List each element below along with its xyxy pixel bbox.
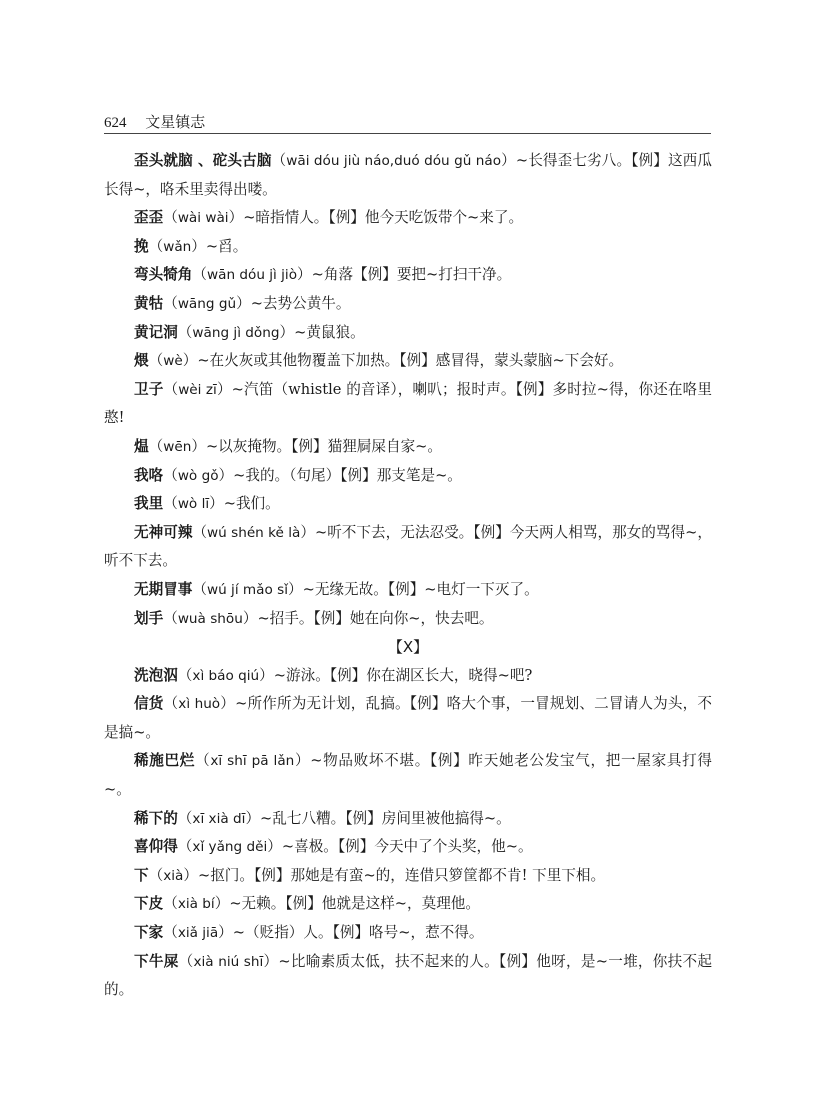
dictionary-entry: 黄记洞（wāng jì dǒng）~黄鼠狼。 [104, 319, 712, 348]
entry-pinyin: xiǎ jiā [178, 925, 218, 941]
entry-pinyin: wú jí mǎo sǐ [207, 582, 288, 598]
page-number: 624 [104, 114, 127, 132]
entry-headword: 划手 [134, 610, 163, 627]
dictionary-entry: 歪头就脑 、砣头古脑（wāi dóu jiù náo,duó dóu gǔ ná… [104, 147, 712, 204]
entry-headword: 歪头就脑 、砣头古脑 [134, 152, 272, 169]
entry-headword: 黄记洞 [134, 324, 178, 341]
page-header: 624 文星镇志 [104, 113, 711, 134]
entry-pinyin: wè [163, 353, 182, 369]
entry-pinyin: xī shī pā lǎn [210, 753, 294, 769]
entry-headword: 煨 [134, 352, 149, 369]
dictionary-entry: 稀下的（xī xià dī）~乱七八糟。【例】房间里被他搞得~。 [104, 805, 712, 834]
dictionary-entry: 歪歪（wài wài）~暗指情人。【例】他今天吃饭带个~来了。 [104, 204, 712, 233]
entry-pinyin: xǐ yǎng děi [192, 839, 267, 855]
dictionary-entry: 黄牯（wāng gǔ）~去势公黄牛。 [104, 290, 712, 319]
entry-headword: 我咯 [134, 467, 163, 484]
dictionary-entry: 喜仰得（xǐ yǎng děi）~喜极。【例】今天中了个头奖，他~。 [104, 833, 712, 862]
entry-definition: ~角落【例】要把~打扫干净。 [312, 266, 512, 283]
entry-headword: 稀施巴烂 [134, 752, 195, 769]
entry-pinyin: wuà shōu [178, 611, 243, 627]
entry-definition: ~抠门。【例】那她是有蛮~的，连借只箩筐都不肯! 下里下相。 [198, 867, 605, 884]
dictionary-entry: 下牛屎（xià niú shī）~比喻素质太低，扶不起来的人。【例】他呀，是~一… [104, 948, 712, 1005]
entry-pinyin: wò gǒ [178, 468, 219, 484]
entry-pinyin: wāi dóu jiù náo,duó dóu gǔ náo [286, 153, 501, 169]
entry-pinyin: xià bí [178, 896, 215, 912]
entry-definition: ~以灰掩物。【例】猫狸屙屎自家~。 [206, 438, 442, 455]
entry-headword: 喜仰得 [134, 838, 178, 855]
dictionary-entry: 划手（wuà shōu）~招手。【例】她在向你~，快去吧。 [104, 605, 712, 634]
entry-definition: ~舀。 [206, 238, 247, 255]
dictionary-entry: 信货（xì huò）~所作所为无计划，乱搞。【例】咯大个事，一冒规划、二冒请人为… [104, 690, 712, 747]
entry-pinyin: wèi zī [178, 382, 217, 398]
dictionary-entry: 下家（xiǎ jiā）~（贬指）人。【例】咯号~，惹不得。 [104, 919, 712, 948]
entry-definition: ~我的。（句尾）【例】那支笔是~。 [233, 467, 462, 484]
dictionary-entry: 卫子（wèi zī）~汽笛（whistle 的音译），喇叭；报时声。【例】多时拉… [104, 376, 712, 433]
entry-pinyin: xià [163, 868, 183, 884]
entry-definition: ~无缘无故。【例】~电灯一下灭了。 [303, 581, 539, 598]
entry-definition: ~在火灰或其他物覆盖下加热。【例】感冒得，蒙头蒙脑~下会好。 [197, 352, 623, 369]
dictionary-entry: 弯头犄角（wān dóu jì jiò）~角落【例】要把~打扫干净。 [104, 261, 712, 290]
dictionary-entry: 稀施巴烂（xī shī pā lǎn）~物品败坏不堪。【例】昨天她老公发宝气，把… [104, 747, 712, 804]
dictionary-entry: 煨（wè）~在火灰或其他物覆盖下加热。【例】感冒得，蒙头蒙脑~下会好。 [104, 347, 712, 376]
dictionary-entry: 我咯（wò gǒ）~我的。（句尾）【例】那支笔是~。 [104, 462, 712, 491]
entry-headword: 信货 [134, 695, 164, 712]
entry-definition: ~游泳。【例】你在湖区长大，晓得~吧? [274, 667, 532, 684]
entry-definition: ~乱七八糟。【例】房间里被他搞得~。 [260, 810, 511, 827]
entry-headword: 下家 [134, 924, 163, 941]
entry-headword: 卫子 [134, 381, 163, 398]
entry-pinyin: xì huò [178, 696, 220, 712]
dictionary-entry: 煴（wēn）~以灰掩物。【例】猫狸屙屎自家~。 [104, 433, 712, 462]
dictionary-entry: 洗泡泅（xì báo qiú）~游泳。【例】你在湖区长大，晓得~吧? [104, 662, 712, 691]
entry-pinyin: xī xià dī [192, 811, 245, 827]
entry-headword: 洗泡泅 [134, 667, 178, 684]
entry-headword: 下 [134, 867, 149, 884]
entry-pinyin: wú shén kě là [207, 525, 300, 541]
entry-definition: ~（贬指）人。【例】咯号~，惹不得。 [233, 924, 484, 941]
dictionary-entry: 下（xià）~抠门。【例】那她是有蛮~的，连借只箩筐都不肯! 下里下相。 [104, 862, 712, 891]
dictionary-entry: 无期冒事（wú jí mǎo sǐ）~无缘无故。【例】~电灯一下灭了。 [104, 576, 712, 605]
entry-definition: ~喜极。【例】今天中了个头奖，他~。 [282, 838, 533, 855]
entry-pinyin: wān dóu jì jiò [207, 267, 297, 283]
entry-definition: ~招手。【例】她在向你~，快去吧。 [257, 610, 493, 627]
entry-headword: 挽 [134, 238, 149, 255]
entry-headword: 黄牯 [134, 295, 163, 312]
entry-pinyin: wēn [163, 439, 191, 455]
entry-headword: 下皮 [134, 895, 163, 912]
entry-definition: ~无赖。【例】他就是这样~，莫理他。 [229, 895, 480, 912]
dictionary-entry: 挽（wǎn）~舀。 [104, 233, 712, 262]
entry-definition: ~去势公黄牛。 [251, 295, 351, 312]
dictionary-entry: 无神可辣（wú shén kě là）~听不下去，无法忍受。【例】今天两人相骂，… [104, 519, 712, 576]
entry-pinyin: wǎn [163, 239, 191, 255]
dictionary-entry: 下皮（xià bí）~无赖。【例】他就是这样~，莫理他。 [104, 890, 712, 919]
entry-definition: ~黄鼠狼。 [294, 324, 365, 341]
entry-headword: 歪歪 [134, 209, 163, 226]
dictionary-entry: 我里（wò lī）~我们。 [104, 490, 712, 519]
entry-headword: 下牛屎 [134, 953, 179, 970]
entry-definition: ~暗指情人。【例】他今天吃饭带个~来了。 [243, 209, 523, 226]
entry-headword: 稀下的 [134, 810, 178, 827]
entry-headword: 我里 [134, 495, 163, 512]
dictionary-content: 歪头就脑 、砣头古脑（wāi dóu jiù náo,duó dóu gǔ ná… [104, 147, 712, 1005]
entry-pinyin: wài wài [178, 210, 229, 226]
entry-definition: ~我们。 [224, 495, 280, 512]
entry-pinyin: xì báo qiú [192, 668, 259, 684]
entry-headword: 煴 [134, 438, 149, 455]
entry-pinyin: wāng jì dǒng [192, 325, 279, 341]
book-title: 文星镇志 [145, 113, 205, 131]
section-heading-x: 【X】 [104, 633, 712, 662]
entry-pinyin: wò lī [178, 496, 209, 512]
entry-headword: 无神可辣 [134, 524, 192, 541]
entry-pinyin: xià niú shī [193, 954, 263, 970]
entry-headword: 无期冒事 [134, 581, 192, 598]
entry-pinyin: wāng gǔ [178, 296, 236, 312]
entry-headword: 弯头犄角 [134, 266, 192, 283]
